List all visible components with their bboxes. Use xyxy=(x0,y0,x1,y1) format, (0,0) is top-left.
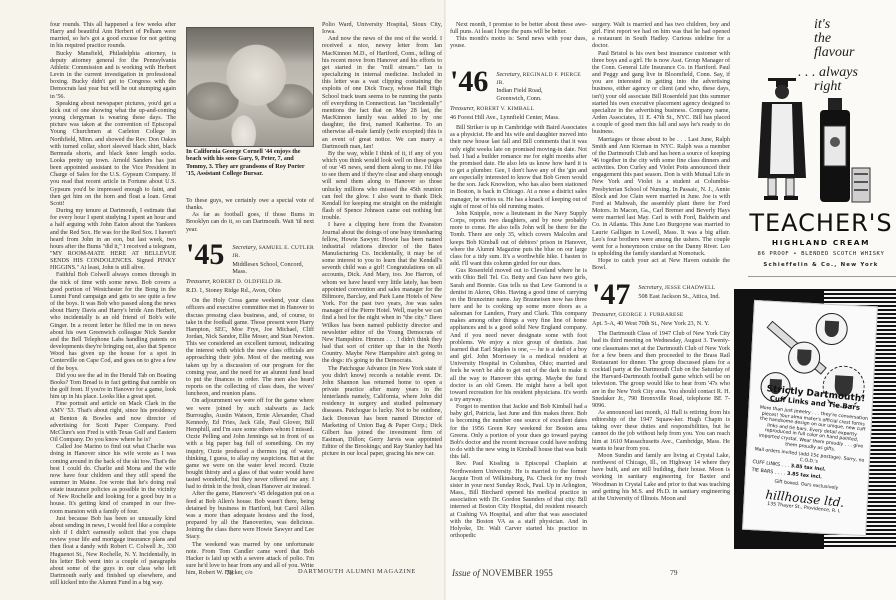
paragraph: After the game, Hanover's '45 delegation… xyxy=(186,491,314,541)
paragraph: Polio Ward, University Hospital, Sioux C… xyxy=(322,22,442,36)
paragraph: Fine portrait and article on Mack Clark … xyxy=(50,401,176,444)
paragraph: On adjournment we were off for the game … xyxy=(186,398,314,491)
right-column-1: Next month, I promise to be better about… xyxy=(450,22,587,540)
class-year: '45 xyxy=(186,242,224,268)
hillhouse-ad: Strictly Dartmouth! Cuff Links and Tie B… xyxy=(734,289,896,549)
paragraph: Gus Rosenfeld moved out to Cleveland whe… xyxy=(450,268,587,404)
paragraph: Marriages or those about to be . . . Las… xyxy=(592,137,730,259)
photo-caption: In California George Cornell '44 enjoys … xyxy=(186,148,314,177)
class-46-header: '46 Secretary, REGINALD F. PIERCE JR. In… xyxy=(450,69,587,103)
paragraph: surgery. Walt is married and has two chi… xyxy=(592,22,730,51)
issue-date: Issue of NOVEMBER 1955 xyxy=(452,568,553,578)
left-column-2: To these guys, we certainly owe a specia… xyxy=(186,198,314,577)
paragraph: Faithful Bob Colwell always comes throug… xyxy=(50,272,176,372)
paragraph: The weekend was marred by one unfortunat… xyxy=(186,542,314,578)
left-column-3: Polio Ward, University Hospital, Sioux C… xyxy=(322,22,442,459)
paragraph: To these guys, we certainly owe a specia… xyxy=(186,198,314,212)
teachers-proof: 86 PROOF • BLENDED SCOTCH WHISKY xyxy=(746,251,896,257)
paragraph: And now the news of the rest of the worl… xyxy=(322,36,442,151)
paragraph: As far as football goes, if those Bums i… xyxy=(186,212,314,233)
page-number-right: 79 xyxy=(670,568,678,577)
class-treasurer: Treasurer, GEORGE J. FURBARESE Apt. 5-A,… xyxy=(592,311,730,327)
crest-cufflink-icon xyxy=(815,312,849,346)
publication-title: DARTMOUTH ALUMNI MAGAZINE xyxy=(298,568,416,575)
teachers-ad: TEACHER'S HIGHLAND CREAM 86 PROOF • BLEN… xyxy=(746,210,896,268)
class-year: '46 xyxy=(450,69,488,95)
paragraph: Moon Sundin and family are living at Cry… xyxy=(592,453,730,503)
paragraph: Did you see the ad in the Herald Tab on … xyxy=(50,373,176,402)
paragraph: As announced last month, Al Hall is reti… xyxy=(592,410,730,453)
teachers-maker: Schieffelin & Co., New York xyxy=(746,262,896,268)
scholar-and-bottle-illustration xyxy=(756,78,892,208)
paragraph: Forgot to mention that Jackie and Bob Ki… xyxy=(450,404,587,461)
hillhouse-text: Strictly Dartmouth! Cuff Links and Tie B… xyxy=(748,383,872,516)
paragraph: Speaking about newspaper pictures, you'd… xyxy=(50,101,176,208)
class-45-header: '45 Secretary, SAMUEL E. CUTLER JR. Midd… xyxy=(186,242,314,276)
paragraph: Next month, I promise to be better about… xyxy=(450,22,587,36)
beach-family-photo xyxy=(186,27,314,147)
page-number-left: 78 xyxy=(226,568,234,577)
paragraph: Rev. Paul Kissling is Episcopal Chaplain… xyxy=(450,461,587,540)
paragraph: On the Holy Cross game weekend, your cla… xyxy=(186,298,314,398)
left-column-1: four rounds. This all happened a few wee… xyxy=(50,22,176,587)
paragraph: By the way, while I think of it, if any … xyxy=(322,151,442,223)
paragraph: Called Joe Marino to find out what Charl… xyxy=(50,444,176,516)
paragraph: Hope to catch your act at New Haven outs… xyxy=(592,258,730,272)
left-page: four rounds. This all happened a few wee… xyxy=(0,0,446,600)
right-column-2: surgery. Walt is married and has two chi… xyxy=(592,22,730,503)
teachers-subbrand: HIGHLAND CREAM xyxy=(746,238,896,247)
class-treasurer: Treasurer, ROBERT D. OLDFIELD JR. R.D. 1… xyxy=(186,278,314,294)
class-secretary: Secretary, SAMUEL E. CUTLER JR. Middlese… xyxy=(232,242,314,276)
ad-divider xyxy=(748,276,896,277)
paragraph: During my tenure at Dartmouth, I estimat… xyxy=(50,208,176,272)
class-treasurer: Treasurer, ROBERT V. KIMBALL 46 Forest H… xyxy=(450,105,587,121)
paragraph: Just because Bob has been so unusually k… xyxy=(50,516,176,588)
paragraph: Bill Striker is up in Cambridge with Bai… xyxy=(450,125,587,211)
paragraph: four rounds. This all happened a few wee… xyxy=(50,22,176,51)
paragraph: John Knipple, now a lieutenant in the Na… xyxy=(450,211,587,268)
class-47-header: '47 Secretary, JESSE CHADWELL 508 East J… xyxy=(592,282,730,308)
class-secretary: Secretary, REGINALD F. PIERCE JR. Indian… xyxy=(496,69,587,103)
class-year: '47 xyxy=(592,282,630,308)
paragraph: The Patchogue Advance (in New York state… xyxy=(322,366,442,459)
paragraph: This month's motto is: Send news with yo… xyxy=(450,36,587,50)
teachers-brand: TEACHER'S xyxy=(746,210,896,236)
paragraph: The Dartmouth Class of 1947 Club of New … xyxy=(592,331,730,410)
paragraph: Paul Bristol is his own best insurance c… xyxy=(592,51,730,137)
class-secretary: Secretary, JESSE CHADWELL 508 East Jacks… xyxy=(638,282,720,300)
paragraph: I have a clipping here from the Evanston… xyxy=(322,222,442,365)
paragraph: Bucky Mansfield, Philadelphia attorney, … xyxy=(50,51,176,101)
